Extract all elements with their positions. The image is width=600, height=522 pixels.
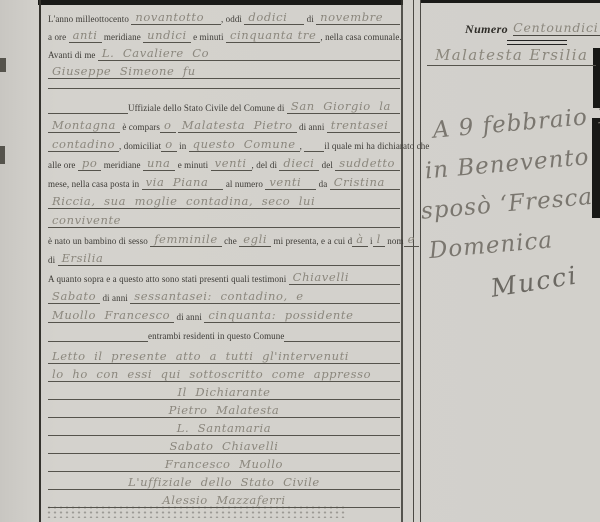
form-line-9: alle ore po meridiane una e minuti venti… xyxy=(48,152,400,171)
handwritten-text: contadino xyxy=(48,138,119,152)
handwritten-text: Chiavelli xyxy=(289,271,400,285)
printed-text: meridiane xyxy=(102,31,144,43)
handwritten-text: Pietro Malatesta xyxy=(165,404,284,417)
form-line-3: Avanti di me L. Cavaliere Co xyxy=(48,43,400,61)
handwritten-text: Malatesta Pietro xyxy=(178,119,297,133)
handwritten-text: Il Dichiarante xyxy=(174,386,275,399)
printed-text: L'anno milleottocento xyxy=(48,13,131,25)
handwritten-text: Montagna xyxy=(48,119,120,133)
printed-text: è compars xyxy=(120,121,160,133)
form-line-18: entrambi residenti in questo Comune xyxy=(48,323,400,342)
handwritten-text: San Giorgio la xyxy=(287,100,400,114)
rule-segment xyxy=(48,75,400,89)
handwritten-text: L. Cavaliere Co xyxy=(98,47,400,61)
form-line-12: convivente xyxy=(48,209,400,228)
rule-segment xyxy=(284,328,400,342)
form-line-13: è nato un bambino di sesso femminile che… xyxy=(48,228,400,247)
printed-text: è nato un bambino di sesso xyxy=(48,235,150,247)
handwritten-text: Francesco Muollo xyxy=(161,458,287,471)
handwritten-text: L. Santamaria xyxy=(173,422,275,435)
handwritten-text: Sabato xyxy=(48,290,100,304)
printed-text: di anni xyxy=(297,121,327,133)
form-line-2: a ore anti meridiane undici e minuti cin… xyxy=(48,25,400,43)
printed-text: che xyxy=(222,235,240,247)
handwritten-text: femminile xyxy=(150,233,222,247)
rule-segment xyxy=(48,328,148,342)
form-line-25: Francesco Muollo xyxy=(48,454,400,472)
printed-text: e minuti xyxy=(191,31,226,43)
form-line-24: Sabato Chiavelli xyxy=(48,436,400,454)
handwritten-text: cinquanta tre xyxy=(226,29,320,43)
handwritten-text: venti xyxy=(211,157,252,171)
printed-text: A quanto sopra e a questo atto sono stat… xyxy=(48,273,289,285)
form-lines: L'anno milleottocento novantotto, oddì d… xyxy=(40,0,400,508)
form-line-21: Il Dichiarante xyxy=(48,382,400,400)
printed-text: , del dì xyxy=(252,159,280,171)
handwritten-text: Muollo Francesco xyxy=(48,309,174,323)
margin-column: Numero Centoundici Malatesta Ersilia A 9… xyxy=(425,0,600,522)
handwritten-text: l xyxy=(373,233,385,247)
printed-text: del xyxy=(319,159,335,171)
handwritten-text: Riccia, sua moglie contadina, seco lui xyxy=(48,195,400,209)
printed-text: da xyxy=(316,178,329,190)
handwritten-text: Letto il presente atto a tutti gl'interv… xyxy=(48,350,400,364)
handwritten-text: dodici xyxy=(244,11,304,25)
handwritten-text: Ersilia xyxy=(58,252,108,266)
handwritten-text: sessantasei: contadino, e xyxy=(130,290,400,304)
record-number-row: Numero Centoundici xyxy=(425,21,600,36)
record-number-value: Centoundici xyxy=(513,21,600,36)
handwritten-text: Cristina xyxy=(330,176,400,190)
form-line-10: mese, nella casa posta in via Piana al n… xyxy=(48,171,400,190)
printed-text: e minuti xyxy=(175,159,210,171)
handwritten-text: dieci xyxy=(279,157,319,171)
handwritten-text: anti xyxy=(69,29,102,43)
rule-segment xyxy=(304,138,324,152)
printed-text: Avanti di me xyxy=(48,49,98,61)
handwritten-text: lo ho con essi qui sottoscritto come app… xyxy=(48,368,400,382)
handwritten-text: novembre xyxy=(316,11,400,25)
printed-text: di anni xyxy=(174,311,204,323)
printed-text: nom xyxy=(385,235,404,247)
printed-text: entrambi residenti in questo Comune xyxy=(148,330,284,342)
form-line-8: contadino, domiciliato in questo Comune,… xyxy=(48,133,400,152)
form-line-11: Riccia, sua moglie contadina, seco lui xyxy=(48,190,400,209)
handwritten-text: questo Comune xyxy=(189,138,300,152)
handwritten-text: Sabato Chiavelli xyxy=(165,440,282,453)
printed-text: alle ore xyxy=(48,159,78,171)
form-line-17: Muollo Francesco di anni cinquanta: poss… xyxy=(48,304,400,323)
marriage-annotation: A 9 febbraio 1921.in Beneventosposò ‘Fre… xyxy=(419,112,600,272)
printed-text: in xyxy=(177,140,189,152)
form-line-15: A quanto sopra e a questo atto sono stat… xyxy=(48,266,400,285)
form-line-23: L. Santamaria xyxy=(48,418,400,436)
left-edge-mark xyxy=(0,58,6,72)
handwritten-text: po xyxy=(78,157,102,171)
handwritten-text: venti xyxy=(265,176,316,190)
printed-text: il quale mi ha dichiarato che xyxy=(324,140,429,152)
handwritten-text: convivente xyxy=(48,214,125,228)
handwritten-text: Alessio Mazzaferri xyxy=(158,494,289,507)
printed-text: , oddì xyxy=(221,13,244,25)
numero-label: Numero xyxy=(465,22,513,36)
left-edge-mark xyxy=(0,146,5,164)
printed-text: a ore xyxy=(48,31,69,43)
rule-segment xyxy=(125,214,400,228)
scanned-birth-record-page: L'anno milleottocento novantotto, oddì d… xyxy=(0,0,600,522)
form-line-6: Uffiziale dello Stato Civile del Comune … xyxy=(48,95,400,114)
form-line-27: Alessio Mazzaferri xyxy=(48,490,400,508)
handwritten-text: undici xyxy=(143,29,191,43)
handwritten-text: cinquanta: possidente xyxy=(204,309,400,323)
form-main-column: L'anno milleottocento novantotto, oddì d… xyxy=(40,0,402,522)
printed-text: mese, nella casa posta in xyxy=(48,178,142,190)
handwritten-text: egli xyxy=(239,233,271,247)
form-line-1: L'anno milleottocento novantotto, oddì d… xyxy=(48,7,400,25)
double-rule xyxy=(507,40,567,45)
form-line-22: Pietro Malatesta xyxy=(48,400,400,418)
handwritten-text: o xyxy=(160,119,176,133)
form-line-16: Sabato di anni sessantasei: contadino, e xyxy=(48,285,400,304)
form-line-26: L'uffiziale dello Stato Civile xyxy=(48,472,400,490)
handwritten-text: à xyxy=(352,233,367,247)
form-line-7: Montagna è comparso Malatesta Pietro di … xyxy=(48,114,400,133)
printed-text: , nella casa comunale. xyxy=(320,31,401,43)
printed-text: mi presenta, e a cui d xyxy=(271,235,352,247)
handwritten-text: trentasei xyxy=(327,119,400,133)
printed-text: di anni xyxy=(100,292,130,304)
rule-segment xyxy=(107,252,400,266)
rule-segment xyxy=(48,100,128,114)
form-line-14: di Ersilia xyxy=(48,247,400,266)
handwritten-text: una xyxy=(143,157,175,171)
handwritten-text: o xyxy=(161,138,177,152)
registered-name: Malatesta Ersilia xyxy=(427,46,596,66)
printed-text: , domiciliat xyxy=(119,140,161,152)
printed-text: di xyxy=(48,254,58,266)
form-line-20: lo ho con essi qui sottoscritto come app… xyxy=(48,364,400,382)
form-line-5 xyxy=(48,79,400,89)
printed-text: meridiane xyxy=(101,159,143,171)
handwritten-text: novantotto xyxy=(131,11,221,25)
printed-text: Uffiziale dello Stato Civile del Comune … xyxy=(128,102,287,114)
handwritten-text: via Piana xyxy=(142,176,224,190)
printed-text: al numero xyxy=(223,178,265,190)
handwritten-text: suddetto xyxy=(335,157,400,171)
form-line-19: Letto il presente atto a tutti gl'interv… xyxy=(48,346,400,364)
handwritten-text: L'uffiziale dello Stato Civile xyxy=(124,476,324,489)
printed-text: di xyxy=(304,13,316,25)
